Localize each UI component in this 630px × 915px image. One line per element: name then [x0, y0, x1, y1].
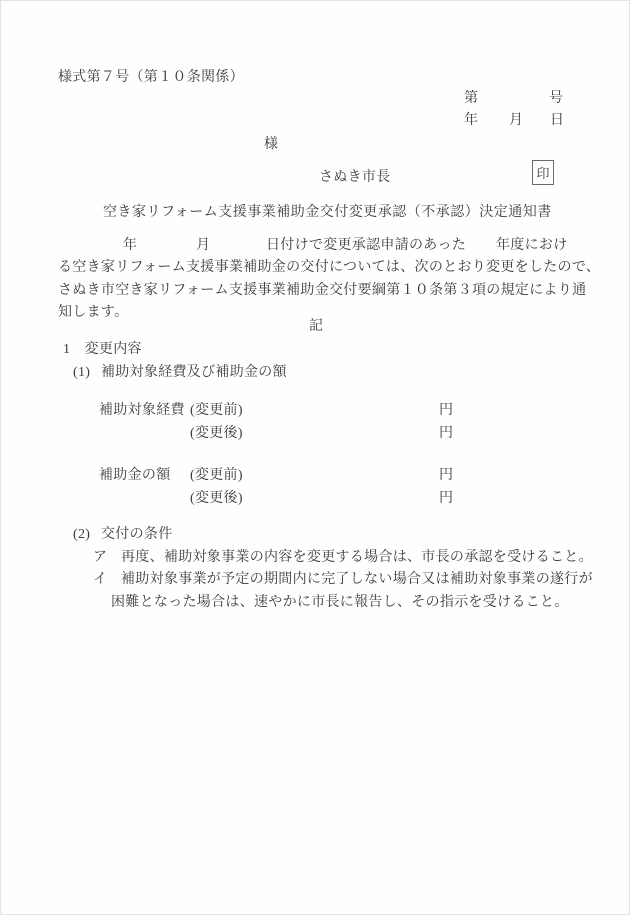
- condition-i-text-line1: 補助対象事業が予定の期間内に完了しない場合又は補助対象事業の遂行が: [121, 571, 593, 589]
- notice-document-page: 様式第７号（第１０条関係） 第 号 年 月 日 様 さぬき市長 印 空き家リフォ…: [0, 0, 630, 915]
- subsection-1-number: (1): [73, 364, 90, 382]
- date-year-label: 年: [464, 112, 478, 130]
- condition-a-text: 再度、補助対象事業の内容を変更する場合は、市長の承認を受けること。: [121, 549, 593, 567]
- subsidy-before-yen-unit: 円: [439, 467, 453, 485]
- subsection-1-heading: 補助対象経費及び補助金の額: [101, 364, 287, 382]
- addressee-honorific: 様: [264, 136, 278, 154]
- expense-after-label: (変更後): [190, 425, 243, 443]
- condition-i-number: イ: [93, 571, 107, 589]
- subsection-2-number: (2): [73, 526, 90, 544]
- date-day-label: 日: [550, 112, 564, 130]
- body-line3: さぬき市空き家リフォーム支援事業補助金交付要綱第１０条第３項の規定により通: [58, 282, 586, 300]
- body-line1-end: 年度におけ: [496, 237, 568, 255]
- expense-before-label: (変更前): [190, 402, 243, 420]
- doc-number-suffix: 号: [549, 90, 563, 108]
- condition-i-text-line2: 困難となった場合は、速やかに市長に報告し、その指示を受けること。: [111, 594, 569, 612]
- doc-number-prefix: 第: [464, 90, 478, 108]
- expense-before-yen-unit: 円: [439, 402, 453, 420]
- document-title: 空き家リフォーム支援事業補助金交付変更承認（不承認）決定通知書: [103, 204, 552, 222]
- date-month-label: 月: [509, 112, 523, 130]
- condition-a-number: ア: [93, 549, 107, 567]
- subsidy-after-yen-unit: 円: [439, 490, 453, 508]
- subsidy-before-label: (変更前): [190, 467, 243, 485]
- ki-heading: 記: [309, 318, 323, 336]
- subsidy-amount-label: 補助金の額: [99, 467, 171, 485]
- body-line4: 知します。: [58, 304, 128, 322]
- seal-stamp-label: 印: [536, 163, 549, 182]
- subsidy-after-label: (変更後): [190, 490, 243, 508]
- sender-name: さぬき市長: [319, 169, 391, 187]
- subsection-2-heading: 交付の条件: [101, 526, 173, 544]
- body-blank-year: 年: [123, 237, 137, 255]
- body-line1-rest: 日付けで変更承認申請のあった: [266, 237, 466, 255]
- expense-after-yen-unit: 円: [439, 425, 453, 443]
- section-1-heading: 1 変更内容: [63, 341, 142, 359]
- form-number: 様式第７号（第１０条関係）: [58, 69, 244, 87]
- body-blank-month: 月: [196, 237, 210, 255]
- seal-box: 印: [532, 160, 554, 185]
- expense-label: 補助対象経費: [99, 402, 185, 420]
- body-line2: る空き家リフォーム支援事業補助金の交付については、次のとおり変更をしたので、: [58, 259, 600, 277]
